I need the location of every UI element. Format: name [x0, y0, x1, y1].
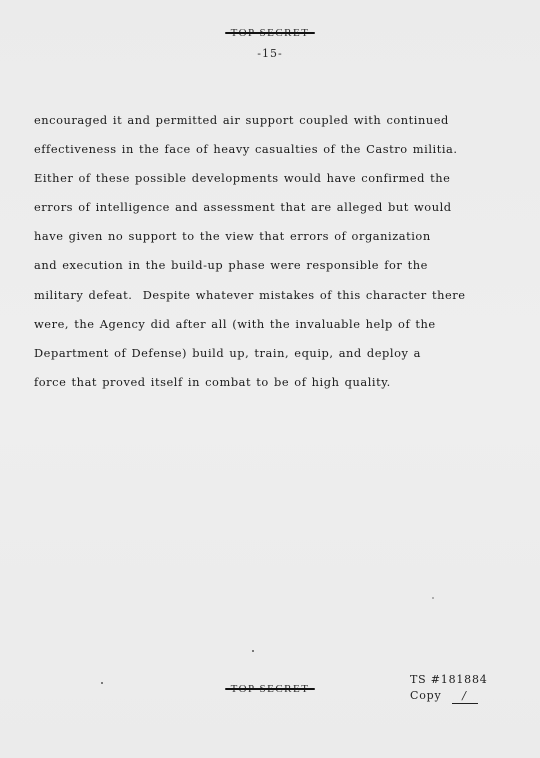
- text-line: have given no support to the view that e…: [34, 222, 504, 251]
- text-line: Either of these possible developments wo…: [34, 164, 504, 193]
- paper-speck: [252, 650, 254, 652]
- text-line: encouraged it and permitted air support …: [34, 106, 504, 135]
- text-line: military defeat. Despite whatever mistak…: [34, 281, 504, 310]
- ts-control-number: TS #181884: [410, 672, 488, 688]
- copy-number: /: [452, 689, 478, 704]
- copy-number-line: Copy /: [410, 688, 488, 704]
- classification-text-struck: TOP SECRET: [227, 27, 314, 39]
- text-line: were, the Agency did after all (with the…: [34, 310, 504, 339]
- text-line: force that proved itself in combat to be…: [34, 368, 504, 397]
- page-number: -15-: [0, 47, 540, 60]
- text-line: errors of intelligence and assessment th…: [34, 193, 504, 222]
- text-line: and execution in the build-up phase were…: [34, 251, 504, 280]
- classification-text-struck: TOP SECRET: [227, 683, 314, 695]
- paper-speck: [432, 597, 434, 599]
- document-page: TOP SECRET -15- encouraged it and permit…: [0, 0, 540, 758]
- text-line: Department of Defense) build up, train, …: [34, 339, 504, 368]
- copy-label: Copy: [410, 688, 442, 704]
- document-reference: TS #181884 Copy /: [410, 672, 488, 704]
- body-paragraph: encouraged it and permitted air support …: [34, 106, 504, 397]
- text-line: effectiveness in the face of heavy casua…: [34, 135, 504, 164]
- top-classification-marking: TOP SECRET: [0, 27, 540, 39]
